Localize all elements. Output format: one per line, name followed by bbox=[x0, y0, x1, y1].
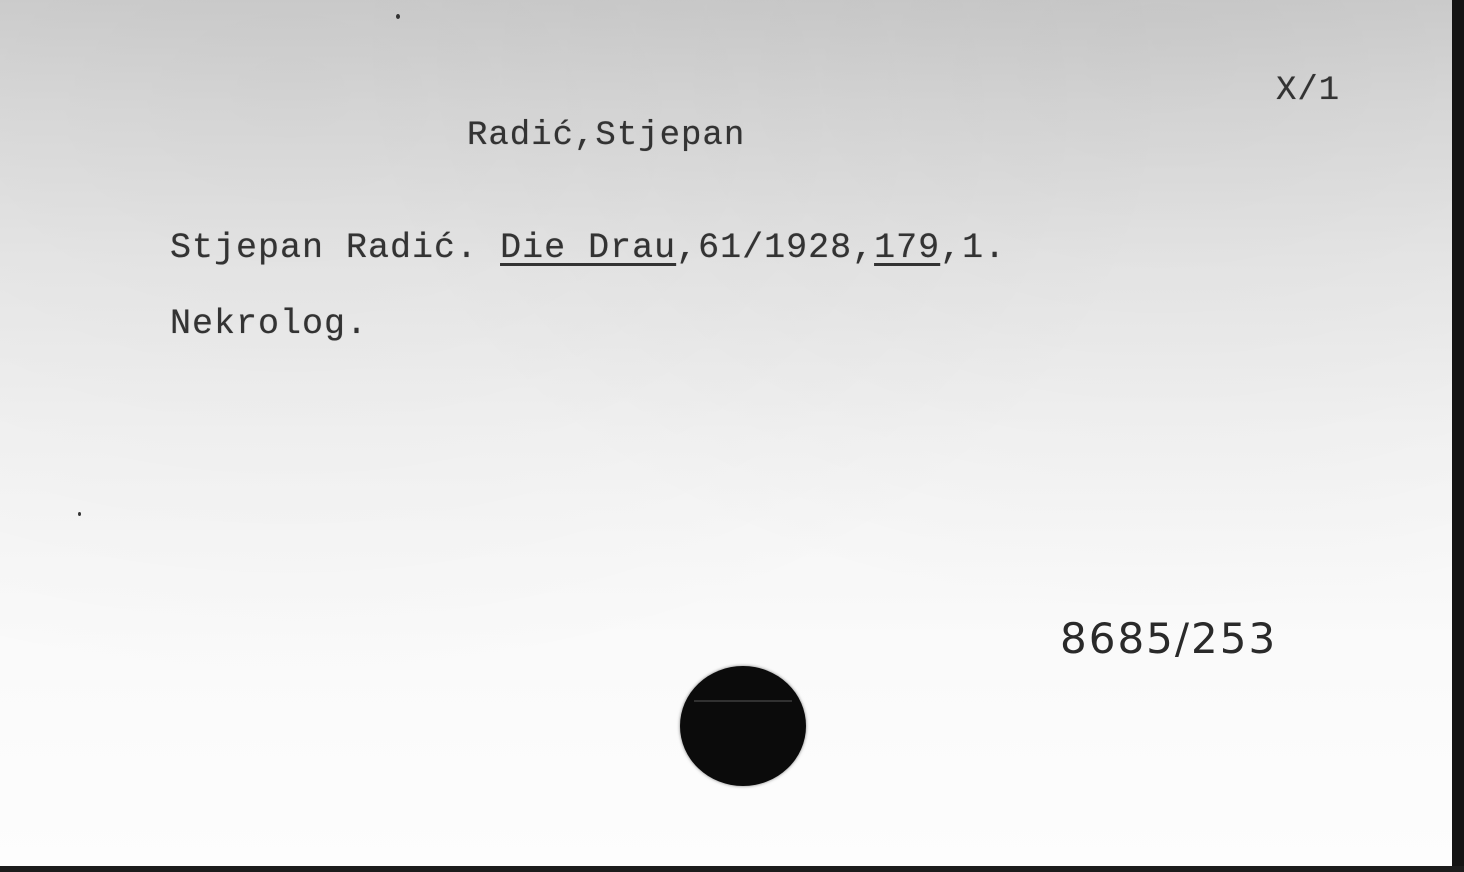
card-edge-shadow bbox=[0, 866, 1464, 872]
citation-page: ,1. bbox=[940, 228, 1006, 268]
card-heading: Radić,Stjepan bbox=[467, 117, 745, 155]
citation-author-title: Stjepan Radić. bbox=[170, 228, 500, 268]
citation-issue: 179 bbox=[874, 228, 940, 268]
citation-volume-year: ,61/1928, bbox=[676, 228, 874, 268]
citation-source: Die Drau bbox=[500, 228, 676, 268]
shelfmark: X/1 bbox=[1276, 72, 1340, 110]
card-edge-shadow bbox=[1452, 0, 1464, 872]
punch-hole bbox=[680, 666, 806, 786]
citation-note: Nekrolog. bbox=[170, 304, 368, 344]
accession-number: 8685/253 bbox=[1060, 614, 1277, 663]
citation-line: Stjepan Radić. Die Drau,61/1928,179,1. bbox=[170, 228, 1006, 268]
catalog-card: X/1 Radić,Stjepan Stjepan Radić. Die Dra… bbox=[0, 0, 1452, 866]
ink-speck bbox=[78, 512, 81, 516]
ink-speck bbox=[396, 14, 400, 19]
